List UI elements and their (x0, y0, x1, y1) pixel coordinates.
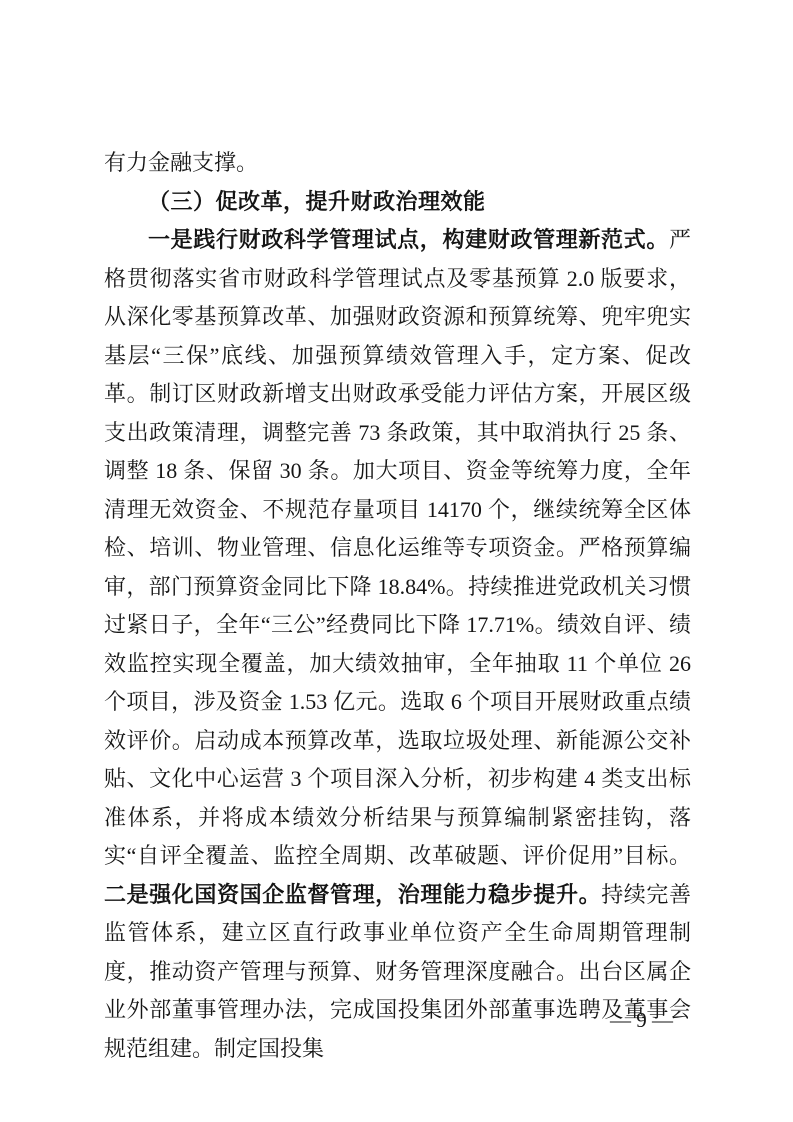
document-page: 有力金融支撑。 （三）促改革，提升财政治理效能 一是践行财政科学管理试点，构建财… (0, 0, 793, 1122)
bold-lead-sentence-2: 二是强化国资国企监督管理，治理能力稳步提升。 (104, 882, 601, 907)
page-number: — 9 — (104, 1001, 691, 1039)
body-paragraph: 一是践行财政科学管理试点，构建财政管理新范式。严格贯彻落实省市财政科学管理试点及… (104, 221, 691, 1068)
body-text-1: 严格贯彻落实省市财政科学管理试点及零基预算 2.0 版要求，从深化零基预算改革、… (104, 227, 691, 868)
bold-lead-sentence-1: 一是践行财政科学管理试点，构建财政管理新范式。 (148, 227, 669, 252)
section-heading: （三）促改革，提升财政治理效能 (104, 183, 691, 222)
document-content: 有力金融支撑。 （三）促改革，提升财政治理效能 一是践行财政科学管理试点，构建财… (104, 144, 691, 1068)
paragraph-intro: 有力金融支撑。 (104, 144, 691, 183)
